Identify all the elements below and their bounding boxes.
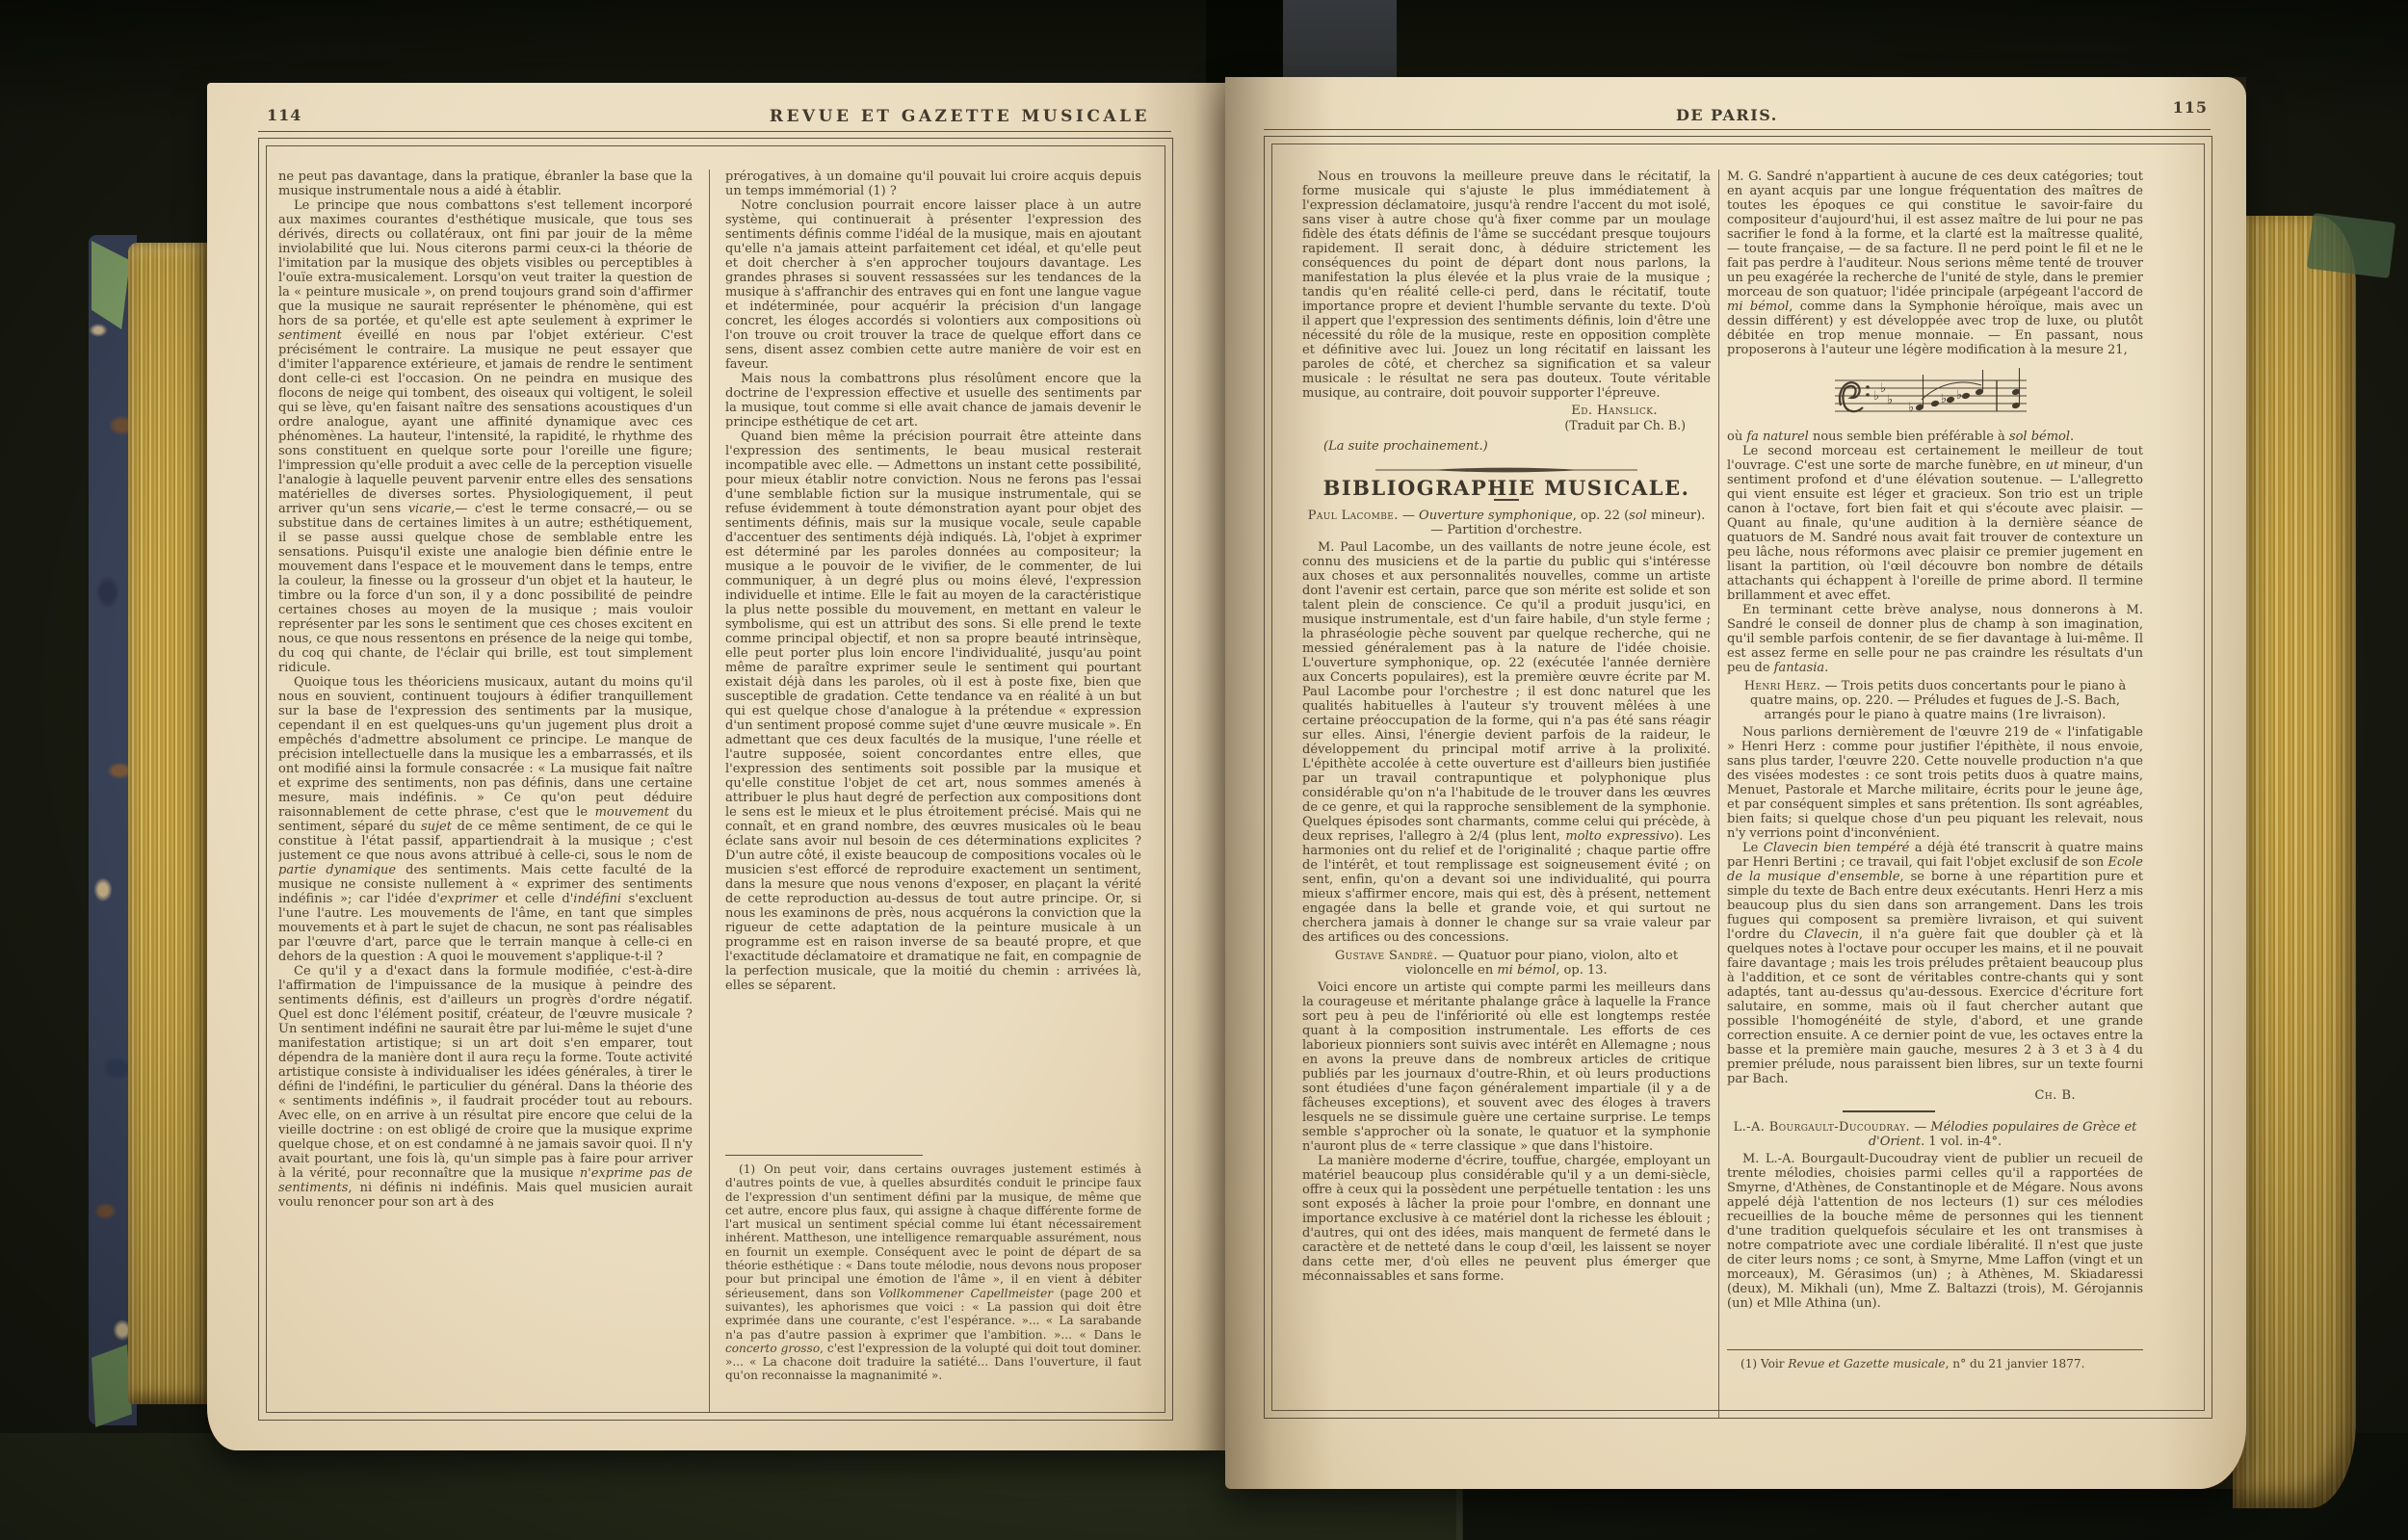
- review-entry-heading-bourgault: L.-A. Bourgault-Ducoudray. — Mélodies po…: [1727, 1120, 2143, 1149]
- lens-divider: [1362, 465, 1651, 475]
- board-corner-green-bottom: [92, 1344, 132, 1427]
- column-divider: [709, 170, 710, 1412]
- paragraph: Le Clavecin bien tempéré a déjà été tran…: [1727, 841, 2143, 1086]
- translator-credit: (Traduit par Ch. B.): [1302, 418, 1686, 432]
- paragraph: (1) On peut voir, dans certains ouvrages…: [725, 1162, 1141, 1383]
- entry-divider-rule: [1843, 1110, 1935, 1112]
- paragraph: La manière moderne d'écrire, touffue, ch…: [1302, 1154, 1711, 1284]
- column-divider: [1718, 170, 1719, 1418]
- footnote-reference: (1) Voir Revue et Gazette musicale, n° d…: [1727, 1357, 2143, 1370]
- bass-clef-icon: [1840, 382, 1863, 411]
- section-heading-bibliographie: BIBLIOGRAPHIE MUSICALE.: [1302, 481, 1711, 495]
- review-entry-heading-lacombe: Paul Lacombe. — Ouverture symphonique, o…: [1302, 509, 1711, 537]
- paragraph: Le principe que nous combattons s'est te…: [278, 198, 693, 675]
- svg-text:♭: ♭: [1941, 392, 1947, 406]
- paragraph: Notre conclusion pourrait encore laisser…: [725, 198, 1141, 372]
- right-page: DE PARIS. 115 Nous en trouvons la meille…: [1225, 77, 2246, 1489]
- paragraph: M. Paul Lacombe, un des vaillants de not…: [1302, 540, 1711, 945]
- article-conclusion: Nous en trouvons la meilleure preuve dan…: [1302, 170, 1711, 401]
- header-rule: [1264, 129, 2211, 130]
- left-page-column-2: prérogatives, à un domaine qu'il pouvait…: [725, 170, 1141, 1418]
- review-body-herz: Nous parlions dernièrement de l'œuvre 21…: [1727, 725, 2143, 1086]
- left-page: 114 REVUE ET GAZETTE MUSICALE ne peut pa…: [207, 83, 1225, 1450]
- paragraph: En terminant cette brève analyse, nous d…: [1727, 603, 2143, 675]
- paragraph: Voici encore un artiste qui compte parmi…: [1302, 980, 1711, 1154]
- column-main-text: prérogatives, à un domaine qu'il pouvait…: [725, 170, 1141, 1146]
- paragraph: Nous en trouvons la meilleure preuve dan…: [1302, 170, 1711, 401]
- paragraph: (1) Voir Revue et Gazette musicale, n° d…: [1727, 1357, 2143, 1370]
- left-fore-edge-pages: [128, 243, 209, 1404]
- header-rule: [258, 131, 1171, 132]
- svg-text:♭: ♭: [1887, 393, 1893, 407]
- paragraph: Quand bien même la précision pourrait êt…: [725, 430, 1141, 993]
- svg-text:♭: ♭: [1908, 401, 1914, 415]
- paragraph: Nous parlions dernièrement de l'œuvre 21…: [1727, 725, 2143, 841]
- svg-text:♭: ♭: [1956, 388, 1962, 403]
- book-photograph: 114 REVUE ET GAZETTE MUSICALE ne peut pa…: [0, 0, 2408, 1540]
- review-entry-heading-sandre: Gustave Sandré. — Quatuor pour piano, vi…: [1302, 949, 1711, 978]
- paragraph: ne peut pas davantage, dans la pratique,…: [278, 170, 693, 198]
- music-comment: où fa naturel nous semble bien préférabl…: [1727, 430, 2143, 675]
- paragraph: où fa naturel nous semble bien préférabl…: [1727, 430, 2143, 444]
- page-number-right: 115: [2173, 98, 2208, 117]
- paragraph: Quoique tous les théoriciens musicaux, a…: [278, 675, 693, 964]
- running-title-left: REVUE ET GAZETTE MUSICALE: [770, 107, 1150, 126]
- reviewer-initials: Ch. B.: [1727, 1088, 2076, 1103]
- running-title-right: DE PARIS.: [1676, 106, 1778, 124]
- footnote-separator: [1727, 1349, 2143, 1350]
- svg-text:♭: ♭: [1873, 389, 1879, 404]
- right-page-column-1: Nous en trouvons la meilleure preuve dan…: [1302, 170, 1711, 1422]
- paragraph: prérogatives, à un domaine qu'il pouvait…: [725, 170, 1141, 198]
- footnote-hanslick: (1) On peut voir, dans certains ouvrages…: [725, 1162, 1141, 1383]
- right-fore-edge-pages: [2233, 216, 2356, 1508]
- continuation-note: (La suite prochainement.): [1323, 439, 1711, 454]
- author-signature: Ed. Hanslick.: [1302, 404, 1658, 418]
- right-page-column-2: M. G. Sandré n'appartient à aucune de ce…: [1727, 170, 2143, 1431]
- page-number-left: 114: [267, 106, 301, 124]
- paragraph: M. L.-A. Bourgault-Ducoudray vient de pu…: [1727, 1152, 2143, 1311]
- column-main-text: M. G. Sandré n'appartient à aucune de ce…: [1727, 170, 2143, 1341]
- review-body-sandre-continued: M. G. Sandré n'appartient à aucune de ce…: [1727, 170, 2143, 357]
- right-cover-tip: [2307, 213, 2395, 278]
- review-entry-heading-herz: Henri Herz. — Trois petits duos concerta…: [1727, 679, 2143, 722]
- paragraph: M. G. Sandré n'appartient à aucune de ce…: [1727, 170, 2143, 357]
- footnote-separator: [725, 1155, 923, 1156]
- review-body-lacombe: M. Paul Lacombe, un des vaillants de not…: [1302, 540, 1711, 945]
- left-page-column-1: ne peut pas davantage, dans la pratique,…: [278, 170, 693, 1418]
- svg-text:♭: ♭: [1880, 381, 1886, 396]
- music-notation: ♭♭♭ ♭ ♭♭: [1827, 363, 2143, 427]
- review-body-bourgault: M. L.-A. Bourgault-Ducoudray vient de pu…: [1727, 1152, 2143, 1311]
- paragraph: Le second morceau est certainement le me…: [1727, 444, 2143, 603]
- paragraph: Ce qu'il y a d'exact dans la formule mod…: [278, 964, 693, 1210]
- review-body-sandre: Voici encore un artiste qui compte parmi…: [1302, 980, 1711, 1284]
- paragraph: Mais nous la combattrons plus résolûment…: [725, 372, 1141, 430]
